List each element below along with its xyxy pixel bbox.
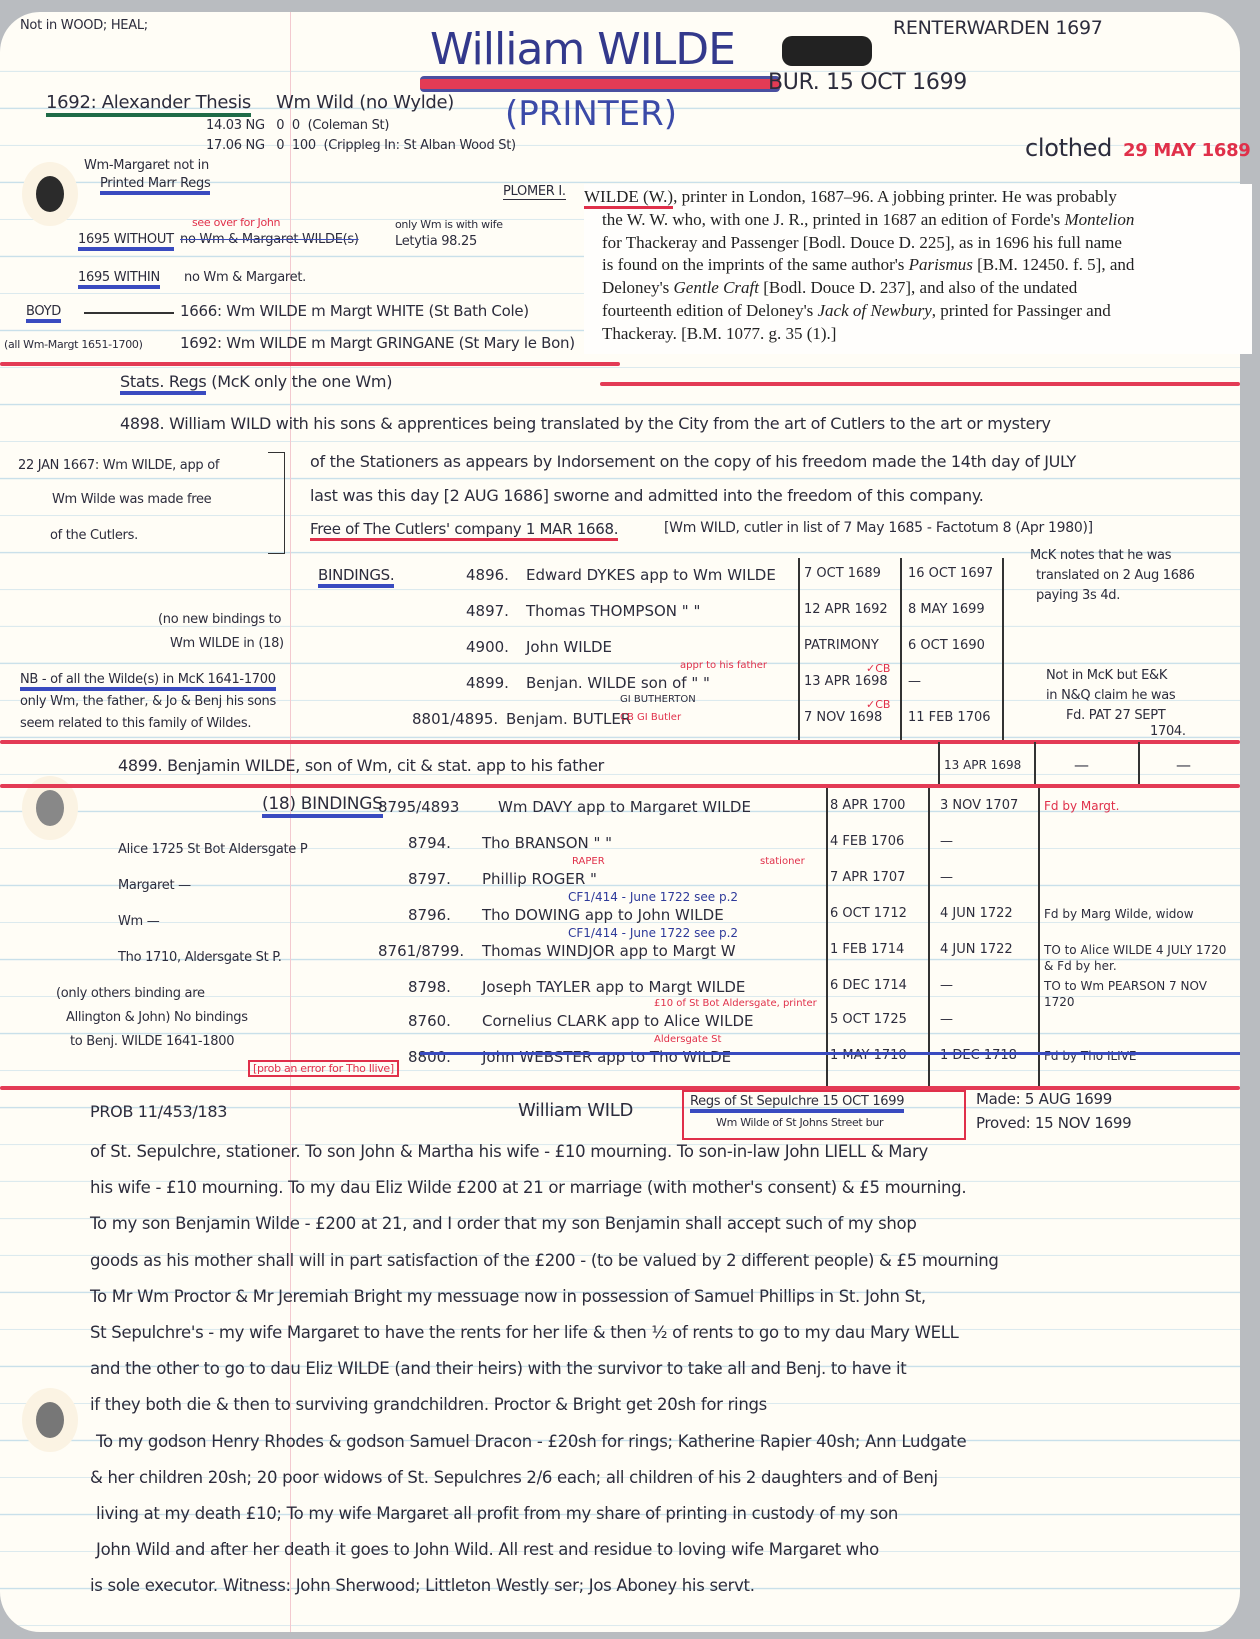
binding-red-note: £10 of St Bot Aldersgate, printer — [654, 998, 817, 1009]
page-title: William WILDE — [430, 24, 735, 75]
thesis-label: 1692: Alexander Thesis — [46, 92, 251, 117]
will-line: his wife - £10 mourning. To my dau Eliz … — [90, 1178, 966, 1197]
regs-line: Regs of St Sepulchre 15 OCT 1699 — [690, 1094, 904, 1109]
binding-above-note: RAPER — [572, 856, 605, 867]
binding-name: Benjan. WILDE son of " " — [526, 674, 710, 692]
binding-freed: 8 MAY 1699 — [908, 602, 985, 617]
binding-bound: 7 OCT 1689 — [804, 566, 881, 581]
binding-freed: 1 DEC 1718 — [940, 1048, 1017, 1063]
binding-name: Cornelius CLARK app to Alice WILDE — [482, 1012, 754, 1030]
binding-num: 8795/4893 — [378, 798, 459, 816]
marr-note: Printed Marr Regs — [100, 176, 210, 195]
binding-blue-note: CF1/414 - June 1722 see p.2 — [568, 890, 738, 904]
table-rule — [826, 788, 828, 1086]
cb-mark: ✓CB — [866, 662, 890, 675]
binding-name: John WILDE — [526, 638, 612, 656]
boyd-label: BOYD — [26, 304, 61, 323]
binding-num: 4899. — [466, 674, 509, 692]
binding-name: Wm DAVY app to Margaret WILDE — [498, 798, 751, 816]
binding-bound: 8 APR 1700 — [830, 798, 905, 813]
table-rule — [1002, 558, 1004, 742]
side-note: 22 JAN 1667: Wm WILDE, app of — [18, 458, 219, 473]
left-note: Alice 1725 St Bot Aldersgate P — [118, 842, 307, 857]
binding-note: Fd by Margt. — [1044, 798, 1234, 814]
binding-num: 8801/4895. — [412, 710, 498, 728]
binding-red-note: appr to his father — [680, 660, 767, 671]
divider — [0, 784, 1240, 788]
binding-name: Thomas WINDJOR app to Margt W — [482, 942, 736, 960]
binding-num: 8798. — [408, 978, 451, 996]
binding-num: 8761/8799. — [378, 942, 464, 960]
binding-num: 8797. — [408, 870, 451, 888]
binding-note: Fd by Marg Wilde, widow — [1044, 906, 1234, 922]
table-rule — [900, 558, 902, 742]
benjamin-c3: — — [1176, 756, 1191, 774]
will-line: if they both die & then to surviving gra… — [90, 1395, 767, 1414]
binding-freed: 6 OCT 1690 — [908, 638, 985, 653]
cutler-note: [Wm WILD, cutler in list of 7 May 1685 -… — [664, 520, 1093, 536]
stat-entry-line: 4898. William WILD with his sons & appre… — [120, 414, 1051, 433]
bracket — [268, 452, 285, 554]
left-paren-note: (only others binding are — [56, 986, 205, 1001]
prob-ref: PROB 11/453/183 — [90, 1102, 227, 1121]
binding-blue-note: CF1/414 - June 1722 see p.2 — [568, 926, 738, 940]
nb-note: NB - of all the Wilde(s) in McK 1641-170… — [20, 672, 276, 687]
table-rule — [798, 558, 800, 742]
page-subtitle: (PRINTER) — [505, 94, 677, 134]
boyd-entry: 1666: Wm WILDE m Margt WHITE (St Bath Co… — [180, 302, 529, 320]
binding-red-note: stationer — [760, 856, 805, 867]
benjamin-c2: — — [1074, 756, 1089, 774]
will-line: To Mr Wm Proctor & Mr Jeremiah Bright my… — [90, 1287, 926, 1306]
binding-name: Tho DOWING app to John WILDE — [482, 906, 724, 924]
binding-note: TO to Alice WILDE 4 JULY 1720 & Fd by he… — [1044, 942, 1234, 974]
nq-note: Fd. PAT 27 SEPT — [1066, 708, 1165, 723]
binding-red-note: Aldersgate St — [654, 1034, 721, 1045]
regs-line: Wm Wilde of St Johns Street bur — [716, 1116, 883, 1129]
punch-hole — [36, 1402, 64, 1438]
binding-freed: — — [908, 674, 921, 689]
burial-date: BUR. 15 OCT 1699 — [768, 70, 967, 95]
left-note: Wm — — [118, 914, 159, 929]
binding-freed: — — [940, 978, 953, 993]
binding-name: Tho BRANSON " " — [482, 834, 612, 852]
will-line: goods as his mother shall will in part s… — [90, 1251, 999, 1270]
table-rule — [1138, 742, 1140, 784]
binding-freed: — — [940, 870, 953, 885]
redacted-mark — [782, 36, 872, 66]
binding-bound: 6 DEC 1714 — [830, 978, 907, 993]
plomer-label: PLOMER I. — [503, 184, 566, 200]
thesis-row: 14.03 NG 0 0 (Coleman St) — [206, 118, 389, 133]
renter-warden: RENTERWARDEN 1697 — [893, 17, 1103, 39]
binding-num: 8760. — [408, 1012, 451, 1030]
binding-bound: 1 FEB 1714 — [830, 942, 904, 957]
binding-bound: 12 APR 1692 — [804, 602, 888, 617]
binding-bound: 13 APR 1698 — [804, 674, 888, 689]
benjamin-bound: 13 APR 1698 — [944, 758, 1021, 772]
index-card: Not in WOOD; HEAL; William WILDE (PRINTE… — [0, 12, 1240, 1632]
thesis-row: 17.06 NG 0 100 (Crippleg In: St Alban Wo… — [206, 138, 516, 153]
binding-bound: PATRIMONY — [804, 638, 879, 653]
will-name: William WILD — [518, 1100, 633, 1121]
blue-rule — [420, 1052, 1240, 1055]
binding-note: Fd by Tho ILIVE — [1044, 1048, 1234, 1064]
mck-note: paying 3s 4d. — [1036, 588, 1120, 603]
binding-freed: 11 FEB 1706 — [908, 710, 991, 725]
binding-freed: 16 OCT 1697 — [908, 566, 993, 581]
binding-freed: 4 JUN 1722 — [940, 942, 1013, 957]
binding-bound: 7 NOV 1698 — [804, 710, 882, 725]
bindings-side-note: Wm WILDE in (18) — [170, 636, 284, 651]
clothed-date: 29 MAY 1689 — [1123, 140, 1251, 161]
will-line: living at my death £10; To my wife Marga… — [96, 1504, 898, 1523]
nq-note: Not in McK but E&K — [1046, 668, 1167, 683]
without-strike: no Wm & Margaret WILDE(s) — [180, 232, 359, 247]
will-line: & her children 20sh; 20 poor widows of S… — [90, 1468, 938, 1487]
binding-name: Thomas THOMPSON " " — [526, 602, 700, 620]
nq-note: in N&Q claim he was — [1046, 688, 1175, 703]
within-text: no Wm & Margaret. — [184, 270, 306, 285]
nb-note: only Wm, the father, & Jo & Benj his son… — [20, 694, 276, 709]
bindings-label: BINDINGS. — [318, 566, 394, 588]
binding-bound: 5 OCT 1725 — [830, 1012, 907, 1027]
nq-note: 1704. — [1150, 724, 1186, 739]
stat-entry-line: of the Stationers as appears by Indorsem… — [310, 452, 1076, 471]
top-note: Not in WOOD; HEAL; — [20, 18, 148, 33]
binding-num: 4896. — [466, 566, 509, 584]
free-cutlers: Free of The Cutlers' company 1 MAR 1668. — [310, 520, 618, 541]
without-aside: Letytia 98.25 — [395, 234, 477, 249]
binding-note: TO to Wm PEARSON 7 NOV 1720 — [1044, 978, 1234, 1010]
will-made: Made: 5 AUG 1699 — [976, 1090, 1112, 1108]
will-line: John Wild and after her death it goes to… — [96, 1540, 879, 1559]
will-line: St Sepulchre's - my wife Margaret to hav… — [90, 1323, 959, 1342]
binding-freed: — — [940, 834, 953, 849]
binding-num: 8800. — [408, 1048, 451, 1066]
binding-name: Benjam. BUTLER — [506, 710, 631, 728]
binding-bound: 1 MAY 1710 — [830, 1048, 907, 1063]
bindings-18-label: (18) BINDINGS — [262, 794, 383, 818]
divider — [0, 362, 620, 366]
clothed-label: clothed — [1025, 134, 1112, 162]
binding-num: 8794. — [408, 834, 451, 852]
bindings-side-note: (no new bindings to — [158, 612, 281, 627]
binding-freed: 4 JUN 1722 — [940, 906, 1013, 921]
binding-bound: 6 OCT 1712 — [830, 906, 907, 921]
binding-freed: 3 NOV 1707 — [940, 798, 1018, 813]
binding-bound: 7 APR 1707 — [830, 870, 905, 885]
binding-name: Joseph TAYLER app to Margt WILDE — [482, 978, 745, 996]
binding-name: Edward DYKES app to Wm WILDE — [526, 566, 776, 584]
marr-note: Wm-Margaret not in — [84, 158, 209, 173]
binding-num: 4900. — [466, 638, 509, 656]
left-paren-note: Allington & John) No bindings — [66, 1010, 248, 1025]
will-line: is sole executor. Witness: John Sherwood… — [90, 1576, 755, 1595]
nb-note: seem related to this family of Wildes. — [20, 716, 251, 731]
binding-name: Phillip ROGER " — [482, 870, 597, 888]
within-label: 1695 WITHIN — [78, 270, 160, 289]
left-paren-note: to Benj. WILDE 1641-1800 — [70, 1034, 234, 1049]
table-rule — [1038, 788, 1040, 1086]
side-note: of the Cutlers. — [50, 528, 138, 543]
will-proved: Proved: 15 NOV 1699 — [976, 1114, 1131, 1132]
binding-sub: GI BUTHERTON — [620, 694, 696, 705]
will-line: of St. Sepulchre, stationer. To son John… — [90, 1142, 928, 1161]
will-line: To my son Benjamin Wilde - £200 at 21, a… — [90, 1214, 917, 1233]
mck-note: McK notes that he was — [1030, 548, 1171, 563]
punch-hole — [36, 176, 64, 212]
table-rule — [1034, 742, 1036, 784]
benjamin-row: 4899. Benjamin WILDE, son of Wm, cit & s… — [118, 756, 604, 775]
stat-regs-heading: Stats. Regs (McK only the one Wm) — [120, 372, 392, 391]
arrow — [84, 312, 174, 314]
side-note: Wm Wilde was made free — [52, 492, 211, 507]
plomer-clipping: WILDE (W.), printer in London, 1687–96. … — [584, 184, 1252, 354]
thesis-name: Wm Wild (no Wylde) — [276, 92, 454, 113]
mck-note: translated on 2 Aug 1686 — [1036, 568, 1195, 583]
table-rule — [938, 742, 940, 784]
binding-name: John WEBSTER app to Tho WILDE — [482, 1048, 731, 1066]
error-note: [prob an error for Tho Ilive] — [248, 1060, 399, 1077]
binding-bound: 4 FEB 1706 — [830, 834, 904, 849]
table-rule — [928, 788, 930, 1086]
boyd-range: (all Wm-Margt 1651-1700) — [4, 338, 143, 351]
left-note: Tho 1710, Aldersgate St P. — [118, 950, 282, 965]
title-underline — [420, 76, 780, 92]
binding-num: 8796. — [408, 906, 451, 924]
without-red-note: see over for John — [192, 216, 280, 229]
binding-red-note: CB GI Butler — [620, 712, 681, 723]
boyd-entry: 1692: Wm WILDE m Margt GRINGANE (St Mary… — [180, 334, 575, 352]
divider — [600, 382, 1240, 386]
without-label: 1695 WITHOUT — [78, 232, 174, 251]
stat-entry-line: last was this day [2 AUG 1686] sworne an… — [310, 486, 984, 505]
will-line: To my godson Henry Rhodes & godson Samue… — [96, 1432, 966, 1451]
without-aside: only Wm is with wife — [395, 218, 503, 231]
punch-hole — [36, 790, 64, 826]
margin-rule — [290, 12, 291, 1632]
binding-num: 4897. — [466, 602, 509, 620]
binding-freed: — — [940, 1012, 953, 1027]
left-note: Margaret — — [118, 878, 191, 893]
will-line: and the other to go to dau Eliz WILDE (a… — [90, 1359, 906, 1378]
cb-mark: ✓CB — [866, 698, 890, 711]
divider — [0, 740, 1240, 744]
